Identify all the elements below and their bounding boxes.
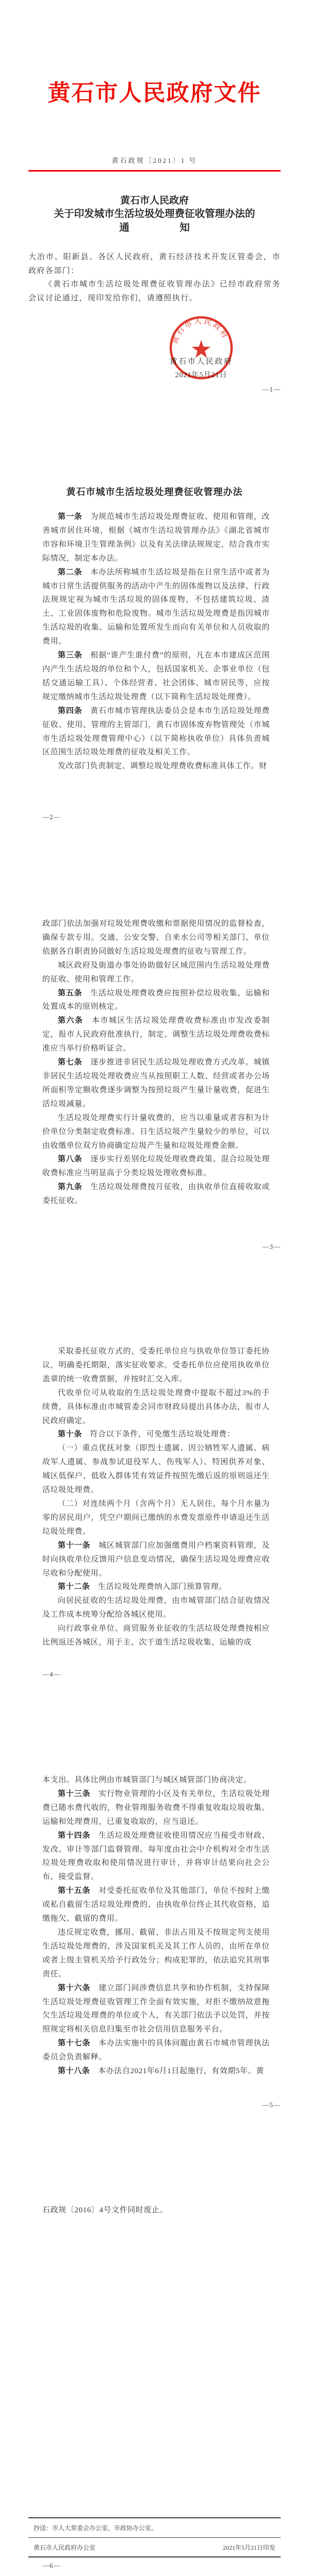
regulation-body-page4: 采取委托征收方式的，受委托单位应与执收单位签订委托协议，明确委托期限，落实征收要… (42, 1345, 270, 1650)
government-seal: 黄石市人民政府 (168, 315, 234, 381)
article-label: 第十一条 (58, 1541, 99, 1550)
article-label: 第九条 (58, 1183, 90, 1191)
article-label: 第十五条 (58, 1887, 99, 1895)
paragraph: 本支出。具体比例由市城管部门与城区城管部门协商决定。 (42, 1773, 270, 1787)
paragraph: 第十二条 生活垃圾处理费纳入部门预算管理。 (42, 1580, 270, 1594)
article-label: 第十六条 (58, 1984, 99, 1992)
paragraph: 采取委托征收方式的，受委托单位应与执收单位签订委托协议，明确委托期限，落实征收要… (42, 1345, 270, 1386)
colophon-cc-row: 抄送：市人大常委会办公室，市政协办公室。 (28, 2518, 281, 2537)
masthead-title: 黄石市人民政府文件 (0, 80, 309, 106)
paragraph: 第十条 符合以下条件，可免缴生活垃圾处理费： (42, 1428, 270, 1442)
paragraph: （一）重点优抚对象（即烈士遗属、因公牺牲军人遗属、病故军人遗属、参战参试退役军人… (42, 1442, 270, 1497)
seal-arc-text: 黄石市人民政府 (170, 316, 230, 345)
paragraph: 第四条 黄石市城市管理执法委员会是本市生活垃圾处理费征收、使用、管理的主管部门，… (42, 704, 270, 760)
article-label: 第二条 (58, 568, 90, 577)
paragraph: 第七条 逐步推进非居民生活垃圾处理收费方式改革。城镇非居民生活垃圾处理收费应当从… (42, 1056, 270, 1111)
paragraph: 违反规定收费，挪用、截留、非法占用及不按规定列支使用生活垃圾处理费的，涉及国家机… (42, 1926, 270, 1981)
paragraph: 发改部门负责制定、调整垃圾处理费收费标准具体工作。财 (42, 759, 270, 773)
paragraph: 石政规〔2016〕4号文件同时废止。 (42, 2204, 270, 2217)
article-label: 第十三条 (58, 1790, 99, 1798)
notice-title-line3: 通 知 (0, 219, 309, 234)
paragraph: 第十七条 本办法实施中的具体问题由黄石市城市管理执法委员会负责解释。 (42, 2037, 270, 2064)
article-label: 第十八条 (58, 2067, 98, 2075)
paragraph: 第十一条 城区城管部门应加强缴费用户档案资料管理，及时向执收单位反馈用户信息变动… (42, 1539, 270, 1581)
regulation-heading: 黄石市城市生活垃圾处理费征收管理办法 (0, 485, 309, 498)
article-label: 第一条 (58, 513, 90, 521)
article-label: 第十四条 (58, 1832, 99, 1840)
regulation-body-page2: 第一条 为规范城市生活垃圾处理费征收、使用和管理，改善城市居住环境，根据《城市生… (42, 510, 270, 773)
paragraph: 城区政府及街道办事处协助做好区域范围内生活垃圾处理费的征收、使用和管理工作。 (42, 959, 270, 987)
regulation-body-page6: 石政规〔2016〕4号文件同时废止。 (42, 2204, 270, 2217)
article-label: 第十二条 (58, 1583, 98, 1591)
salutation: 大冶市、阳新县、各区人民政府，黄石经济技术开发区管委会，市政府各部门： (28, 250, 281, 278)
paragraph: 第十三条 实行物业管理的小区及有关单位，生活垃圾处理费已随水费代收的，物业管理服… (42, 1787, 270, 1829)
article-label: 第六条 (58, 1016, 92, 1025)
colophon: 抄送：市人大常委会办公室，市政协办公室。 黄石市人民政府办公室 2021年5月2… (28, 2517, 281, 2557)
paragraph: 第二条 本办法所称城市生活垃圾是指在日常生活中或者为城市日常生活提供服务的活动中… (42, 566, 270, 649)
page-number-4: —4— (42, 1670, 101, 1679)
page-number-5: —5— (222, 2101, 281, 2109)
colophon-print-row: 黄石市人民政府办公室 2021年5月21日印发 (28, 2537, 281, 2556)
page-number-6: —6— (42, 2562, 101, 2570)
colophon-issuer: 黄石市人民政府办公室 (34, 2543, 95, 2552)
page-number-3: —3— (222, 1243, 281, 1251)
red-separator-line (28, 170, 281, 172)
paragraph: 第一条 为规范城市生活垃圾处理费征收、使用和管理，改善城市居住环境，根据《城市生… (42, 510, 270, 566)
article-label: 第十条 (58, 1430, 90, 1438)
article-label: 第四条 (58, 707, 90, 715)
paragraph: 第六条 本市城区生活垃圾处理费收费标准由市发改委制定，报市人民政府批准执行，制定… (42, 1014, 270, 1056)
page-number-2: —2— (42, 813, 101, 821)
paragraph: （二）对连续两个月（含两个月）无人居住，每个月水量为零的居民用户，凭空户期间已缴… (42, 1497, 270, 1539)
colophon-cc-text: 抄送：市人大常委会办公室，市政协办公室。 (34, 2523, 157, 2532)
page-number-1: —1— (222, 385, 281, 394)
seal-star (192, 340, 210, 358)
paragraph: 生活垃圾处理费实行计量收费的，应当以重量或者容积为计价单位分类制定收费标准。日生… (42, 1111, 270, 1153)
paragraph: 第三条 根据“谁产生谁付费”的原则，凡在本市建成区范围内产生生活垃圾的单位和个人… (42, 649, 270, 704)
notice-title-line2: 关于印发城市生活垃圾处理费征收管理办法的 (0, 206, 309, 220)
article-label: 第十七条 (58, 2039, 99, 2047)
seal-graphic: 黄石市人民政府 (168, 315, 234, 381)
paragraph: 第五条 生活垃圾处理费收费应按照补偿垃圾收集、运输和处置成本的原则核定。 (42, 987, 270, 1014)
article-label: 第五条 (58, 989, 90, 997)
notice-title-line1: 黄石市人民政府 (0, 193, 309, 207)
notice-body: 《黄石市城市生活垃圾处理费征收管理办法》已经市政府常务会议讨论通过，现印发给你们… (28, 278, 281, 305)
article-label: 第三条 (58, 651, 90, 659)
paragraph: 向居民征收的生活垃圾处理费，由市城管部门结合征收情况及工作成本统筹分配给各城区使… (42, 1594, 270, 1622)
regulation-body-page5: 本支出。具体比例由市城管部门与城区城管部门协商决定。第十三条 实行物业管理的小区… (42, 1773, 270, 2078)
government-document: 黄石市人民政府文件 黄石政规〔2021〕1 号 黄石市人民政府 关于印发城市生活… (0, 0, 309, 2576)
paragraph: 向行政事业单位、商贸服务业征收的生活垃圾处理费按相应比例返还各城区，用于主、次干… (42, 1622, 270, 1650)
paragraph: 代收单位可从收取的生活垃圾处理费中提取不超过3%的手续费，具体标准由市城管委会同… (42, 1386, 270, 1428)
paragraph: 第八条 逐步实行差别化垃圾处理收费政策。混合垃圾处理收费标准应当明显高于分类垃圾… (42, 1153, 270, 1180)
regulation-body-page3: 政部门依法加强对垃圾处理费收缴和票据使用情况的监督检查，确保专款专用。交通、公安… (42, 917, 270, 1208)
paragraph: 第十四条 生活垃圾处理费征收使用情况应当接受市财政、发改、审计等部门监督管理。每… (42, 1829, 270, 1885)
article-label: 第八条 (58, 1155, 90, 1163)
paragraph: 第九条 生活垃圾处理费按月征收，由执收单位直接收取或委托征收。 (42, 1180, 270, 1208)
article-label: 第七条 (58, 1058, 90, 1066)
paragraph: 第十六条 建立部门间涉费信息共享和协作机制，支持保障生活垃圾处理费征收管理工作全… (42, 1981, 270, 2037)
paragraph: 第十八条 本办法自2021年6月1日起施行，有效期5年。黄 (42, 2064, 270, 2078)
doc-number: 黄石政规〔2021〕1 号 (0, 155, 309, 165)
colophon-print-date: 2021年5月21日印发 (223, 2543, 275, 2552)
paragraph: 政部门依法加强对垃圾处理费收缴和票据使用情况的监督检查，确保专款专用。交通、公安… (42, 917, 270, 959)
paragraph: 第十五条 对受委托征收单位及其他部门、单位不按时上缴或私自截留生活垃圾处理费的，… (42, 1884, 270, 1926)
